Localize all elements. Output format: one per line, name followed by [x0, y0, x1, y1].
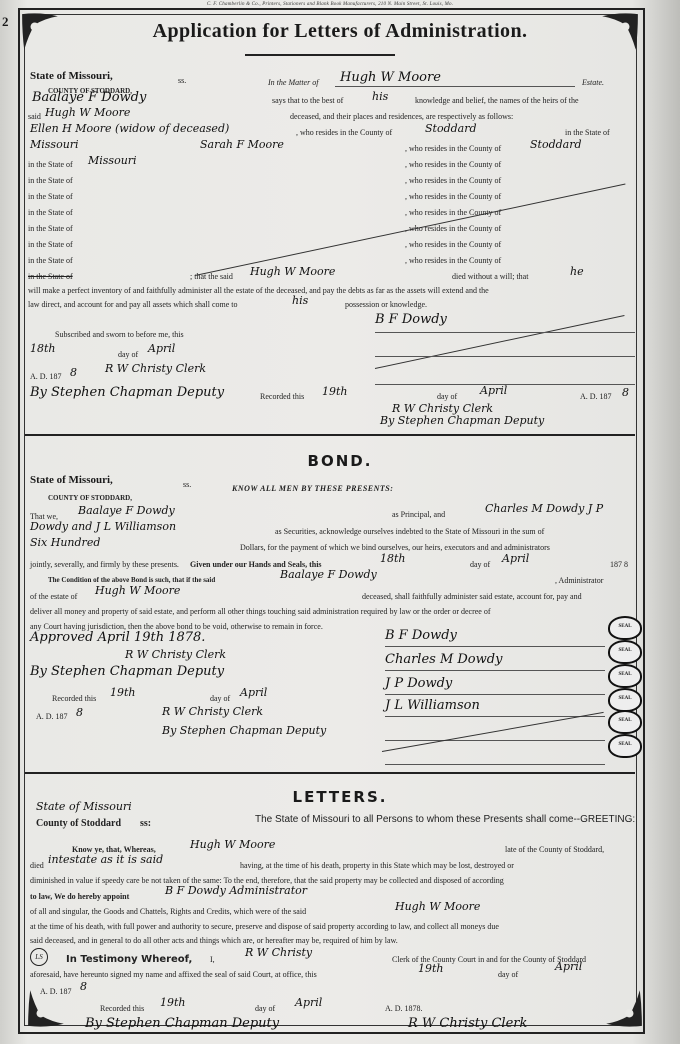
- signature-line: [385, 646, 605, 647]
- bond-signature: B F Dowdy: [385, 628, 457, 643]
- resides-text: , who resides in the County of: [405, 256, 501, 265]
- applicant-signature: B F Dowdy: [375, 312, 447, 327]
- knowledge-text: knowledge and belief, the names of the h…: [415, 96, 579, 105]
- goods-name-field: Hugh W Moore: [395, 900, 480, 913]
- estate-name-field: Hugh W Moore: [340, 70, 441, 85]
- office-month: April: [555, 960, 582, 973]
- bond-county: COUNTY OF STODDARD,: [48, 494, 132, 502]
- resides-text: , who resides in the County of: [405, 224, 501, 233]
- sworn-month: April: [148, 342, 175, 355]
- approved-note: Approved April 19th 1878.: [30, 630, 205, 645]
- securities-field: Charles M Dowdy J P: [485, 502, 603, 515]
- recorded-text: Recorded this: [100, 1004, 144, 1013]
- corner-ornament-icon: [20, 12, 62, 54]
- signature-line: [375, 356, 635, 357]
- principal-field: Baalaye F Dowdy: [78, 504, 175, 517]
- field-line: [335, 86, 575, 87]
- condition-text: The Condition of the above Bond is such,…: [48, 576, 215, 584]
- time-text: at the time of his death, with full powe…: [30, 922, 499, 931]
- signature-line: [385, 740, 605, 741]
- goods-text: of all and singular, the Goods and Chatt…: [30, 907, 306, 916]
- recorded-month: April: [295, 996, 322, 1009]
- recorded-month: April: [480, 384, 507, 397]
- condition-name: Baalaye F Dowdy: [280, 568, 377, 581]
- bond-title: BOND.: [0, 452, 680, 470]
- seal-icon: SEAL: [608, 688, 642, 712]
- deputy-signature: By Stephen Chapman Deputy: [380, 414, 544, 427]
- ad-text: A. D. 187: [36, 712, 68, 721]
- bond-signature: J L Williamson: [385, 698, 480, 713]
- jointly-text: jointly, severally, and firmly by these …: [30, 560, 179, 569]
- his-field: his: [292, 294, 308, 307]
- bond-estate-name: Hugh W Moore: [95, 584, 180, 597]
- bond-signature: Charles M Dowdy: [385, 652, 502, 667]
- sworn-day: 18th: [30, 342, 56, 355]
- greeting-text: The State of Missouri to all Persons to …: [255, 814, 635, 825]
- died-text: died without a will; that: [452, 272, 528, 281]
- principal-text: as Principal, and: [392, 510, 445, 519]
- given-year: 187 8: [610, 560, 628, 569]
- that-said-text: ; that the said: [190, 272, 233, 281]
- seal-icon: SEAL: [608, 734, 642, 758]
- ad-text: A. D. 187: [30, 372, 62, 381]
- his-field: his: [372, 90, 388, 103]
- testimony-heading: In Testimony Whereof,: [66, 954, 192, 965]
- signature-line: [375, 332, 635, 333]
- printer-imprint: C. F. Chamberlin & Co., Printers, Statio…: [120, 2, 540, 7]
- heir1-county: Stoddard: [425, 122, 477, 135]
- seal-icon: SEAL: [608, 640, 642, 664]
- dollars-text: Dollars, for the payment of which we bin…: [240, 543, 550, 552]
- applicant-field: Baalaye F Dowdy: [32, 90, 146, 105]
- securities-field: Dowdy and J L Williamson: [30, 520, 176, 533]
- year-digit: 8: [622, 386, 629, 399]
- i-label: I,: [210, 955, 215, 964]
- day-of-text: day of: [210, 694, 230, 703]
- section-divider: [25, 772, 635, 774]
- deputy-signature: By Stephen Chapman Deputy: [85, 1016, 279, 1031]
- subscribed-text: Subscribed and sworn to before me, this: [55, 330, 184, 339]
- state-of-text: in the State of: [28, 272, 73, 281]
- state-of-text: in the State of: [565, 128, 610, 137]
- recorded-month: April: [240, 686, 267, 699]
- having-text: having, at the time of his death, proper…: [240, 861, 514, 870]
- heir2-county: Stoddard: [530, 138, 582, 151]
- page-number: 2: [2, 14, 9, 30]
- ad-text: A. D. 1878.: [385, 1004, 423, 1013]
- inventory-text: will make a perfect inventory of and fai…: [28, 286, 489, 295]
- deputy-signature: By Stephen Chapman Deputy: [30, 385, 224, 400]
- deceased-field: Hugh W Moore: [45, 106, 130, 119]
- app-ss: ss.: [178, 76, 186, 85]
- clerk-signature: R W Christy Clerk: [125, 648, 226, 661]
- app-state-heading: State of Missouri,: [30, 70, 113, 82]
- state-of-text: in the State of: [28, 224, 73, 233]
- letters-state: State of Missouri: [36, 800, 132, 813]
- bond-sum-field: Six Hundred: [30, 536, 100, 549]
- day-of-text: day of: [470, 560, 490, 569]
- document-page: C. F. Chamberlin & Co., Printers, Statio…: [0, 0, 680, 1044]
- state-of-text: in the State of: [28, 208, 73, 217]
- appointee-field: B F Dowdy Administrator: [165, 884, 307, 897]
- day-of-text: day of: [255, 1004, 275, 1013]
- letters-county: County of Stoddard: [36, 818, 121, 829]
- said-label: said: [28, 112, 41, 121]
- administrator-text: , Administrator: [555, 576, 603, 585]
- ad-text: A. D. 187: [580, 392, 612, 401]
- resides-text: , who resides in the County of: [296, 128, 392, 137]
- heir2-state: Missouri: [88, 154, 137, 167]
- day-of-text: day of: [437, 392, 457, 401]
- aforesaid-text: aforesaid, have hereunto signed my name …: [30, 970, 317, 979]
- letters-clerk-name: R W Christy: [245, 946, 312, 959]
- intestate-field: intestate as it is said: [48, 853, 163, 866]
- office-day: 19th: [418, 962, 444, 975]
- resides-text: , who resides in the County of: [405, 144, 501, 153]
- year-digit: 8: [70, 366, 77, 379]
- clerk-signature: R W Christy Clerk: [105, 362, 206, 375]
- he-field: he: [570, 265, 584, 278]
- ls-seal-icon: LS: [30, 948, 48, 966]
- day-of-text: day of: [498, 970, 518, 979]
- recorded-day: 19th: [322, 385, 348, 398]
- resides-text: , who resides in the County of: [405, 176, 501, 185]
- state-of-text: in the State of: [28, 176, 73, 185]
- deputy-signature: By Stephen Chapman Deputy: [162, 724, 326, 737]
- resides-text: , who resides in the County of: [405, 160, 501, 169]
- bond-signature: J P Dowdy: [385, 676, 452, 691]
- securities-text: as Securities, acknowledge ourselves ind…: [275, 527, 544, 536]
- estate-of-text: of the estate of: [30, 592, 77, 601]
- signature-line: [385, 764, 605, 765]
- bond-deceased-text: deceased, shall faithfully administer sa…: [362, 592, 582, 601]
- clerk-signature: R W Christy Clerk: [162, 705, 263, 718]
- year-digit: 8: [76, 706, 83, 719]
- letters-deceased: Hugh W Moore: [190, 838, 275, 851]
- deputy-signature: By Stephen Chapman Deputy: [30, 664, 224, 679]
- died-name-field: Hugh W Moore: [250, 265, 335, 278]
- application-title: Application for Letters of Administratio…: [90, 20, 590, 43]
- possession-text: possession or knowledge.: [345, 300, 427, 309]
- given-month: April: [502, 552, 529, 565]
- bond-ss: ss.: [183, 480, 191, 489]
- seal-icon: SEAL: [608, 616, 642, 640]
- seal-icon: SEAL: [608, 664, 642, 688]
- section-divider: [25, 434, 635, 436]
- signature-line: [385, 670, 605, 671]
- heir1-name: Ellen H Moore (widow of deceased): [30, 122, 229, 135]
- know-all-text: KNOW ALL MEN BY THESE PRESENTS:: [232, 484, 393, 493]
- in-matter-label: In the Matter of: [268, 78, 318, 87]
- recorded-text: Recorded this: [260, 392, 304, 401]
- late-of-text: late of the County of Stoddard,: [505, 845, 604, 854]
- clerk-signature: R W Christy Clerk: [408, 1016, 527, 1031]
- resides-text: , who resides in the County of: [405, 240, 501, 249]
- letters-ss: ss:: [140, 818, 151, 829]
- deceased-text: deceased, and their places and residence…: [290, 112, 513, 121]
- resides-text: , who resides in the County of: [405, 192, 501, 201]
- heir1-state: Missouri: [30, 138, 79, 151]
- corner-ornament-icon: [602, 986, 644, 1028]
- corner-ornament-icon: [598, 12, 640, 54]
- state-of-text: in the State of: [28, 192, 73, 201]
- appoint-text: to law, We do hereby appoint: [30, 892, 129, 901]
- recorded-day: 19th: [160, 996, 186, 1009]
- deliver-text: deliver all money and property of said e…: [30, 607, 491, 616]
- said-deceased-text: said deceased, and in general to do all …: [30, 936, 398, 945]
- state-of-text: in the State of: [28, 256, 73, 265]
- ad-text: A. D. 187: [40, 987, 72, 996]
- state-of-text: in the State of: [28, 160, 73, 169]
- recorded-text: Recorded this: [52, 694, 96, 703]
- says-text: says that to the best of: [272, 96, 343, 105]
- title-rule: [245, 54, 395, 56]
- law-text: law direct, and account for and pay all …: [28, 300, 237, 309]
- given-day: 18th: [380, 552, 406, 565]
- seal-icon: SEAL: [608, 710, 642, 734]
- died-text: died: [30, 861, 44, 870]
- day-of-text: day of: [118, 350, 138, 359]
- estate-label: Estate.: [582, 78, 604, 87]
- bond-state-heading: State of Missouri,: [30, 474, 113, 486]
- state-of-text: in the State of: [28, 240, 73, 249]
- signature-line: [385, 694, 605, 695]
- year-digit: 8: [80, 980, 87, 993]
- recorded-day: 19th: [110, 686, 136, 699]
- heir2-name: Sarah F Moore: [200, 138, 284, 151]
